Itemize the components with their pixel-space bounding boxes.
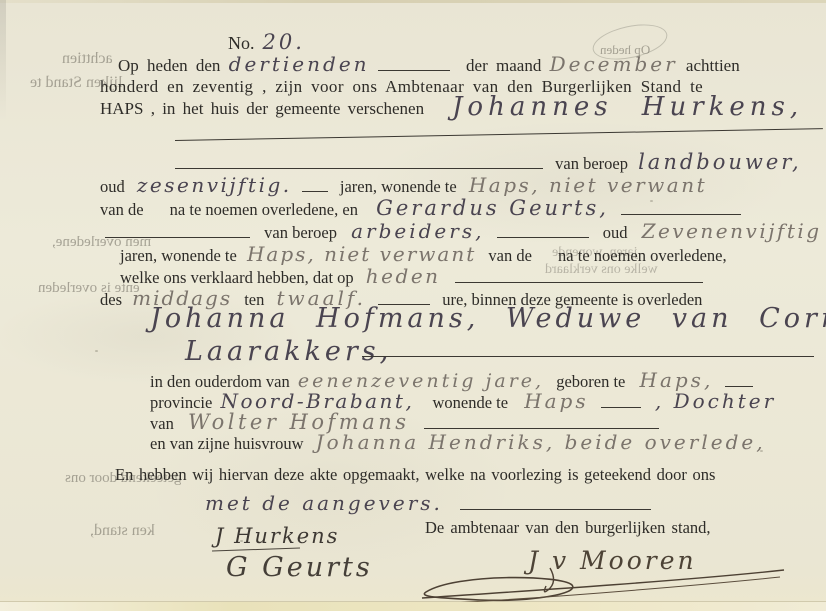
opening-line-3: HAPS , in het huis der gemeente verschen… (100, 99, 424, 119)
opening-line-1: Op heden den dertienden der maand Decemb… (118, 52, 740, 76)
paper-bottom-edge (0, 602, 826, 611)
paper-left-edge-shadow (0, 0, 6, 120)
declarant2-residence-line: jaren, wonende te Haps, niet verwant van… (120, 242, 727, 266)
printed-text: der maand (466, 56, 541, 75)
entry-declarant1-name: Johannes Hurkens, (452, 92, 803, 122)
printed-text: oud (603, 223, 628, 242)
record-number-label: No. (228, 33, 255, 53)
entry-declarant2-residence: Haps, niet verwant (247, 242, 476, 266)
signature-official-flourish (412, 540, 802, 608)
blank-fill-rule (175, 128, 823, 141)
printed-text: jaren, wonende te (120, 246, 237, 265)
bleedthrough-text: ken stand, (90, 522, 155, 540)
fill-rule (725, 374, 753, 387)
entry-declarant1-age: zesenvijftig. (137, 173, 292, 197)
closing-aangevers-line: met de aangevers. (205, 491, 651, 516)
official-title-line: De ambtenaar van den burgerlijken stand, (425, 518, 711, 538)
fill-rule (601, 395, 641, 408)
entry-declarant1-residence: Haps, niet verwant (469, 173, 707, 197)
fill-rule (378, 58, 450, 71)
entry-deceased-relation: , Dochter (655, 389, 776, 413)
declarant1-profession-line: van beroep landbouwer, (175, 150, 802, 174)
fill-rule (362, 356, 814, 357)
fill-rule (460, 497, 651, 510)
declarant2-profession-line: van beroep arbeiders, oud Zevenenvijftig (105, 219, 822, 243)
entry-declarant2-name: Gerardus Geurts, (376, 196, 609, 220)
fill-rule (302, 179, 328, 192)
printed-text: en van zijne huisvrouw (150, 434, 304, 453)
declaration-date-line: welke ons verklaard hebben, dat op heden (120, 264, 703, 288)
fill-rule (497, 225, 589, 238)
printed-text: Op heden den (118, 56, 220, 75)
entry-declarant1-profession: landbouwer, (638, 150, 802, 174)
record-number-line: No.20. (228, 30, 305, 54)
death-certificate-scan: achttien lijken Stand te men overledene,… (0, 0, 826, 611)
printed-text: van de (100, 200, 144, 219)
entry-month: December (550, 52, 678, 76)
printed-text: oud (100, 177, 125, 196)
entry-deceased-name-line2: Laarakkers, (185, 336, 392, 367)
printed-text-municipality: HAPS , in het huis der gemeente verschen… (100, 99, 424, 118)
entry-mother-name: Johanna Hendriks, beide overlede, (316, 430, 766, 454)
entry-deceased-name-line1: Johanna Hofmans, Weduwe van Cornelis (150, 303, 826, 334)
printed-text: jaren, wonende te (340, 177, 457, 196)
fill-rule (621, 202, 741, 215)
printed-text: des (100, 290, 122, 309)
printed-text: van beroep (555, 154, 628, 173)
paper-top-edge (0, 0, 826, 3)
bleedthrough-text: achttien (62, 50, 113, 68)
entry-death-date: heden (366, 264, 441, 288)
printed-text: van beroep (264, 223, 337, 242)
fill-rule (105, 225, 250, 238)
entry-declarant2-age: Zevenenvijftig (642, 219, 822, 243)
paper-speck (95, 350, 98, 352)
signature-underline (212, 547, 300, 551)
printed-text: En hebben wij hiervan deze akte opgemaak… (115, 465, 715, 484)
entry-declarant2-profession: arbeiders, (351, 219, 484, 243)
fill-rule (455, 270, 703, 283)
signature-declarant2: G Geurts (226, 552, 373, 583)
deceased-mother-line: en van zijne huisvrouw Johanna Hendriks,… (150, 430, 766, 454)
fill-rule (424, 416, 659, 429)
printed-text: van de (488, 246, 532, 265)
entry-day-of-month: dertienden (229, 52, 370, 76)
entry-closing-aangevers: met de aangevers. (205, 491, 443, 515)
record-number-value: 20. (263, 30, 305, 54)
printed-text: achttien (686, 56, 740, 75)
fill-rule (175, 156, 543, 169)
signature-declarant1: J Hurkens (215, 524, 339, 548)
closing-statement-line: En hebben wij hiervan deze akte opgemaak… (115, 465, 715, 485)
printed-text: welke ons verklaard hebben, dat op (120, 268, 354, 287)
official-title-text: De ambtenaar van den burgerlijken stand, (425, 518, 711, 537)
declarant1-age-line: oud zesenvijftig. jaren, wonende te Haps… (100, 173, 707, 197)
declarant2-name-line: van de na te noemen overledene, en Gerar… (100, 196, 741, 220)
printed-text: na te noemen overledene, en (170, 200, 358, 219)
printed-text: na te noemen overledene, (558, 246, 727, 265)
